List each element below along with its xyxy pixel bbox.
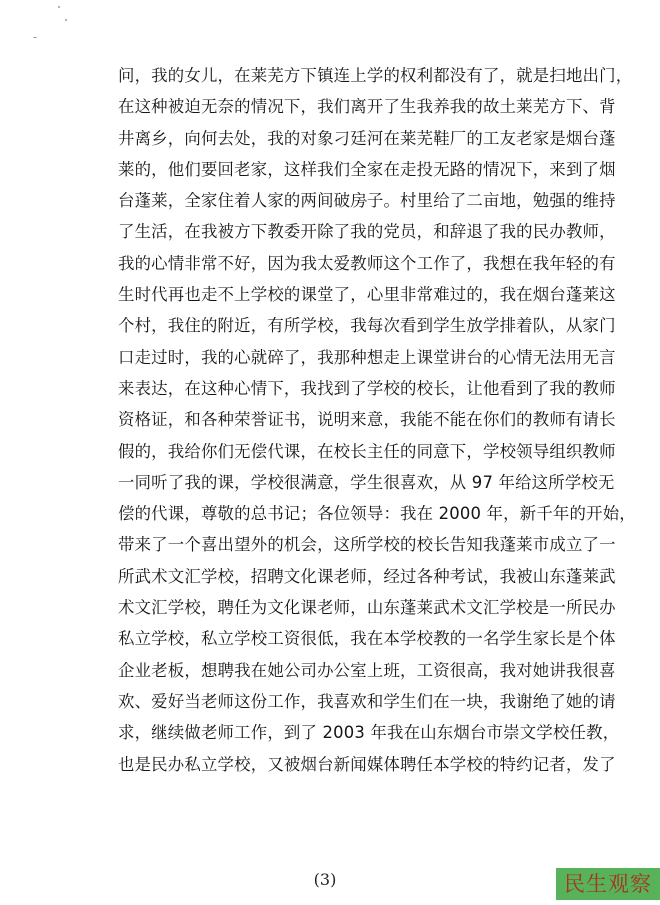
watermark-badge: 民生观察 — [556, 868, 660, 900]
text-line: 台蓬莱，全家住着人家的两间破房子。村里给了二亩地，勉强的维持 — [118, 185, 588, 216]
text-line: 井离乡，向何去处，我的对象刁廷河在莱芜鞋厂的工友老家是烟台蓬 — [118, 123, 588, 154]
text-line: 在这种被迫无奈的情况下，我们离开了生我养我的故土莱芜方下、背 — [118, 91, 588, 122]
text-line: 企业老板，想聘我在她公司办公室上班，工资很高，我对她讲我很喜 — [118, 655, 588, 686]
text-line: 莱的，他们要回老家，这样我们全家在走投无路的情况下，来到了烟 — [118, 154, 588, 185]
text-line: 资格证，和各种荣誉证书，说明来意，我能不能在你们的教师有请长 — [118, 404, 588, 435]
text-line: 了生活，在我被方下教委开除了我的党员，和辞退了我的民办教师， — [118, 216, 588, 247]
text-line: 个村，我住的附近，有所学校，我每次看到学生放学排着队，从家门 — [118, 310, 588, 341]
text-line: 来表达，在这种心情下，我找到了学校的校长，让他看到了我的教师 — [118, 373, 588, 404]
page-number: (3) — [0, 870, 650, 889]
scanned-document-page: 问，我的女儿，在莱芜方下镇连上学的权利都没有了，就是扫地出门， 在这种被迫无奈的… — [0, 0, 660, 905]
text-line: 术文汇学校，聘任为文化课老师，山东蓬莱武术文汇学校是一所民办 — [118, 592, 588, 623]
scan-speck — [58, 6, 60, 8]
text-line: 假的，我给你们无偿代课，在校长主任的同意下，学校领导组织教师 — [118, 436, 588, 467]
text-line: 也是民办私立学校，又被烟台新闻媒体聘任本学校的特约记者，发了 — [118, 749, 588, 780]
text-line: 偿的代课，尊敬的总书记；各位领导：我在 2000 年，新千年的开始， — [118, 498, 588, 529]
letter-body: 问，我的女儿，在莱芜方下镇连上学的权利都没有了，就是扫地出门， 在这种被迫无奈的… — [118, 60, 588, 780]
scan-speck — [33, 37, 37, 38]
text-line: 生时代再也走不上学校的课堂了，心里非常难过的，我在烟台蓬莱这 — [118, 279, 588, 310]
text-line: 欢、爱好当老师这份工作，我喜欢和学生们在一块，我谢绝了她的请 — [118, 686, 588, 717]
text-line: 求，继续做老师工作，到了 2003 年我在山东烟台市崇文学校任教， — [118, 717, 588, 748]
text-line: 我的心情非常不好，因为我太爱教师这个工作了，我想在我年轻的有 — [118, 248, 588, 279]
text-line: 私立学校，私立学校工资很低，我在本学校教的一名学生家长是个体 — [118, 623, 588, 654]
text-line: 问，我的女儿，在莱芜方下镇连上学的权利都没有了，就是扫地出门， — [118, 60, 588, 91]
text-line: 一同听了我的课，学校很满意，学生很喜欢，从 97 年给这所学校无 — [118, 467, 588, 498]
text-line: 带来了一个喜出望外的机会，这所学校的校长告知我蓬莱市成立了一 — [118, 529, 588, 560]
scan-speck — [65, 19, 67, 21]
text-line: 所武术文汇学校，招聘文化课老师，经过各种考试，我被山东蓬莱武 — [118, 561, 588, 592]
text-line: 口走过时，我的心就碎了，我那种想走上课堂讲台的心情无法用无言 — [118, 342, 588, 373]
